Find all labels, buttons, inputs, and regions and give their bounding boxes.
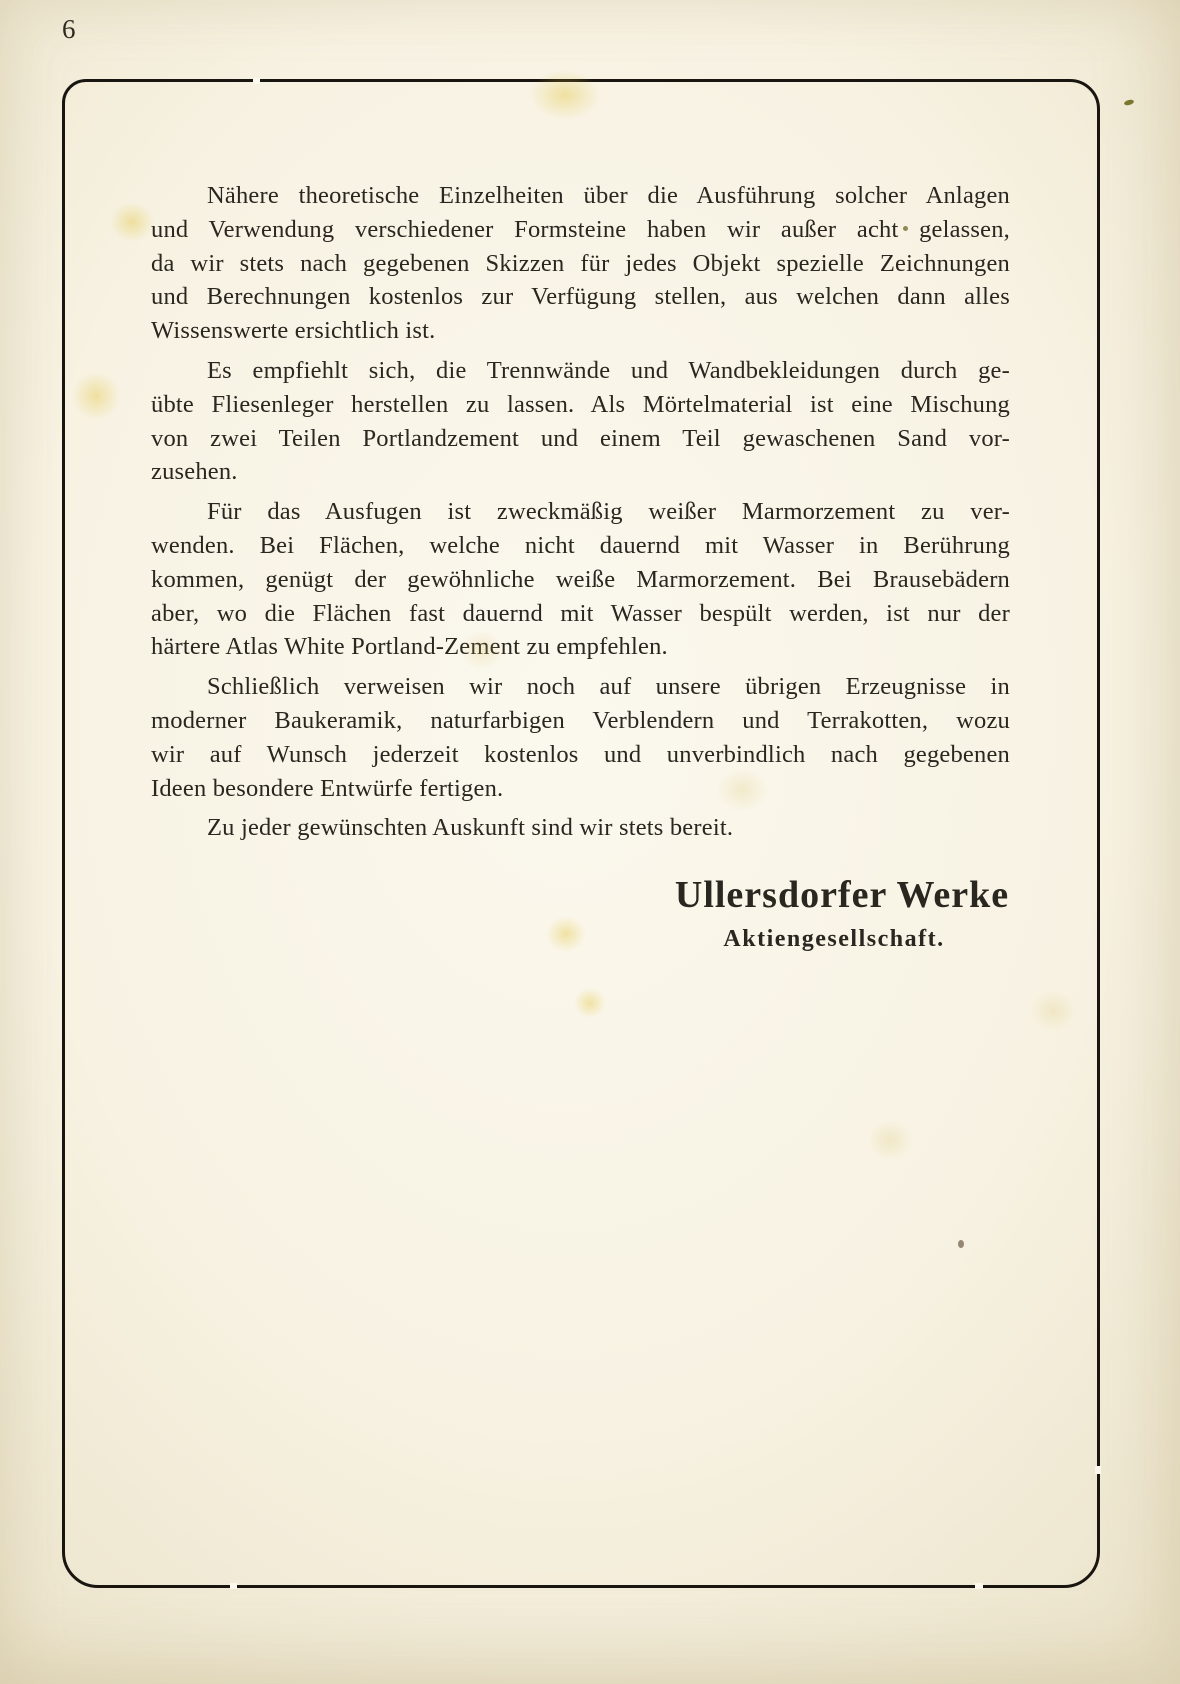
scanned-page: 6 Nähere theoretische Einzelheiten über … — [0, 0, 1180, 1684]
signature-name: Ullersdorfer Werke — [672, 872, 1012, 918]
body-text: Nähere theoretische Einzelheiten über di… — [151, 179, 1010, 851]
text-line: härtere Atlas White Portland-Zement zu e… — [151, 630, 1010, 664]
paragraph: Es empfiehlt sich, die Trennwände und Wa… — [151, 354, 1010, 489]
text-line: Zu jeder gewünschten Auskunft sind wir s… — [151, 811, 1010, 845]
text-line: zusehen. — [151, 455, 1010, 489]
text-line: moderner Baukeramik, naturfarbigen Verbl… — [151, 704, 1010, 738]
text-line: wir auf Wunsch jederzeit kostenlos und u… — [151, 738, 1010, 772]
text-line: Schließlich verweisen wir noch auf unser… — [151, 670, 1010, 704]
paragraph: Für das Ausfugen ist zweckmäßig weißer M… — [151, 495, 1010, 664]
text-line: Für das Ausfugen ist zweckmäßig weißer M… — [151, 495, 1010, 529]
paper-speck — [1124, 99, 1135, 106]
frame-print-gap — [230, 1583, 237, 1589]
signature-subtitle: Aktiengesellschaft. — [664, 926, 1004, 953]
text-line: wenden. Bei Flächen, welche nicht dauern… — [151, 529, 1010, 563]
text-line: übte Fliesenleger herstellen zu lassen. … — [151, 388, 1010, 422]
text-line: von zwei Teilen Portlandzement und einem… — [151, 422, 1010, 456]
text-line: Nähere theoretische Einzelheiten über di… — [151, 179, 1010, 213]
text-line: Ideen besondere Entwürfe fertigen. — [151, 772, 1010, 806]
frame-print-gap — [1095, 1466, 1101, 1474]
text-line: kommen, genügt der gewöhnliche weiße Mar… — [151, 563, 1010, 597]
text-line: aber, wo die Flächen fast dauernd mit Wa… — [151, 597, 1010, 631]
text-line: und Verwendung verschiedener Formsteine … — [151, 213, 1010, 247]
company-signature: Ullersdorfer Werke Aktiengesellschaft. — [672, 872, 1012, 953]
frame-print-gap — [975, 1583, 983, 1589]
text-line: Es empfiehlt sich, die Trennwände und Wa… — [151, 354, 1010, 388]
text-line: Wissenswerte ersichtlich ist. — [151, 314, 1010, 348]
text-line: da wir stets nach gegebenen Skizzen für … — [151, 247, 1010, 281]
page-number: 6 — [62, 14, 77, 45]
text-line: und Berechnungen kostenlos zur Verfügung… — [151, 280, 1010, 314]
frame-print-gap — [253, 78, 260, 84]
paragraph: Nähere theoretische Einzelheiten über di… — [151, 179, 1010, 348]
paragraph: Zu jeder gewünschten Auskunft sind wir s… — [151, 811, 1010, 845]
paragraph: Schließlich verweisen wir noch auf unser… — [151, 670, 1010, 805]
